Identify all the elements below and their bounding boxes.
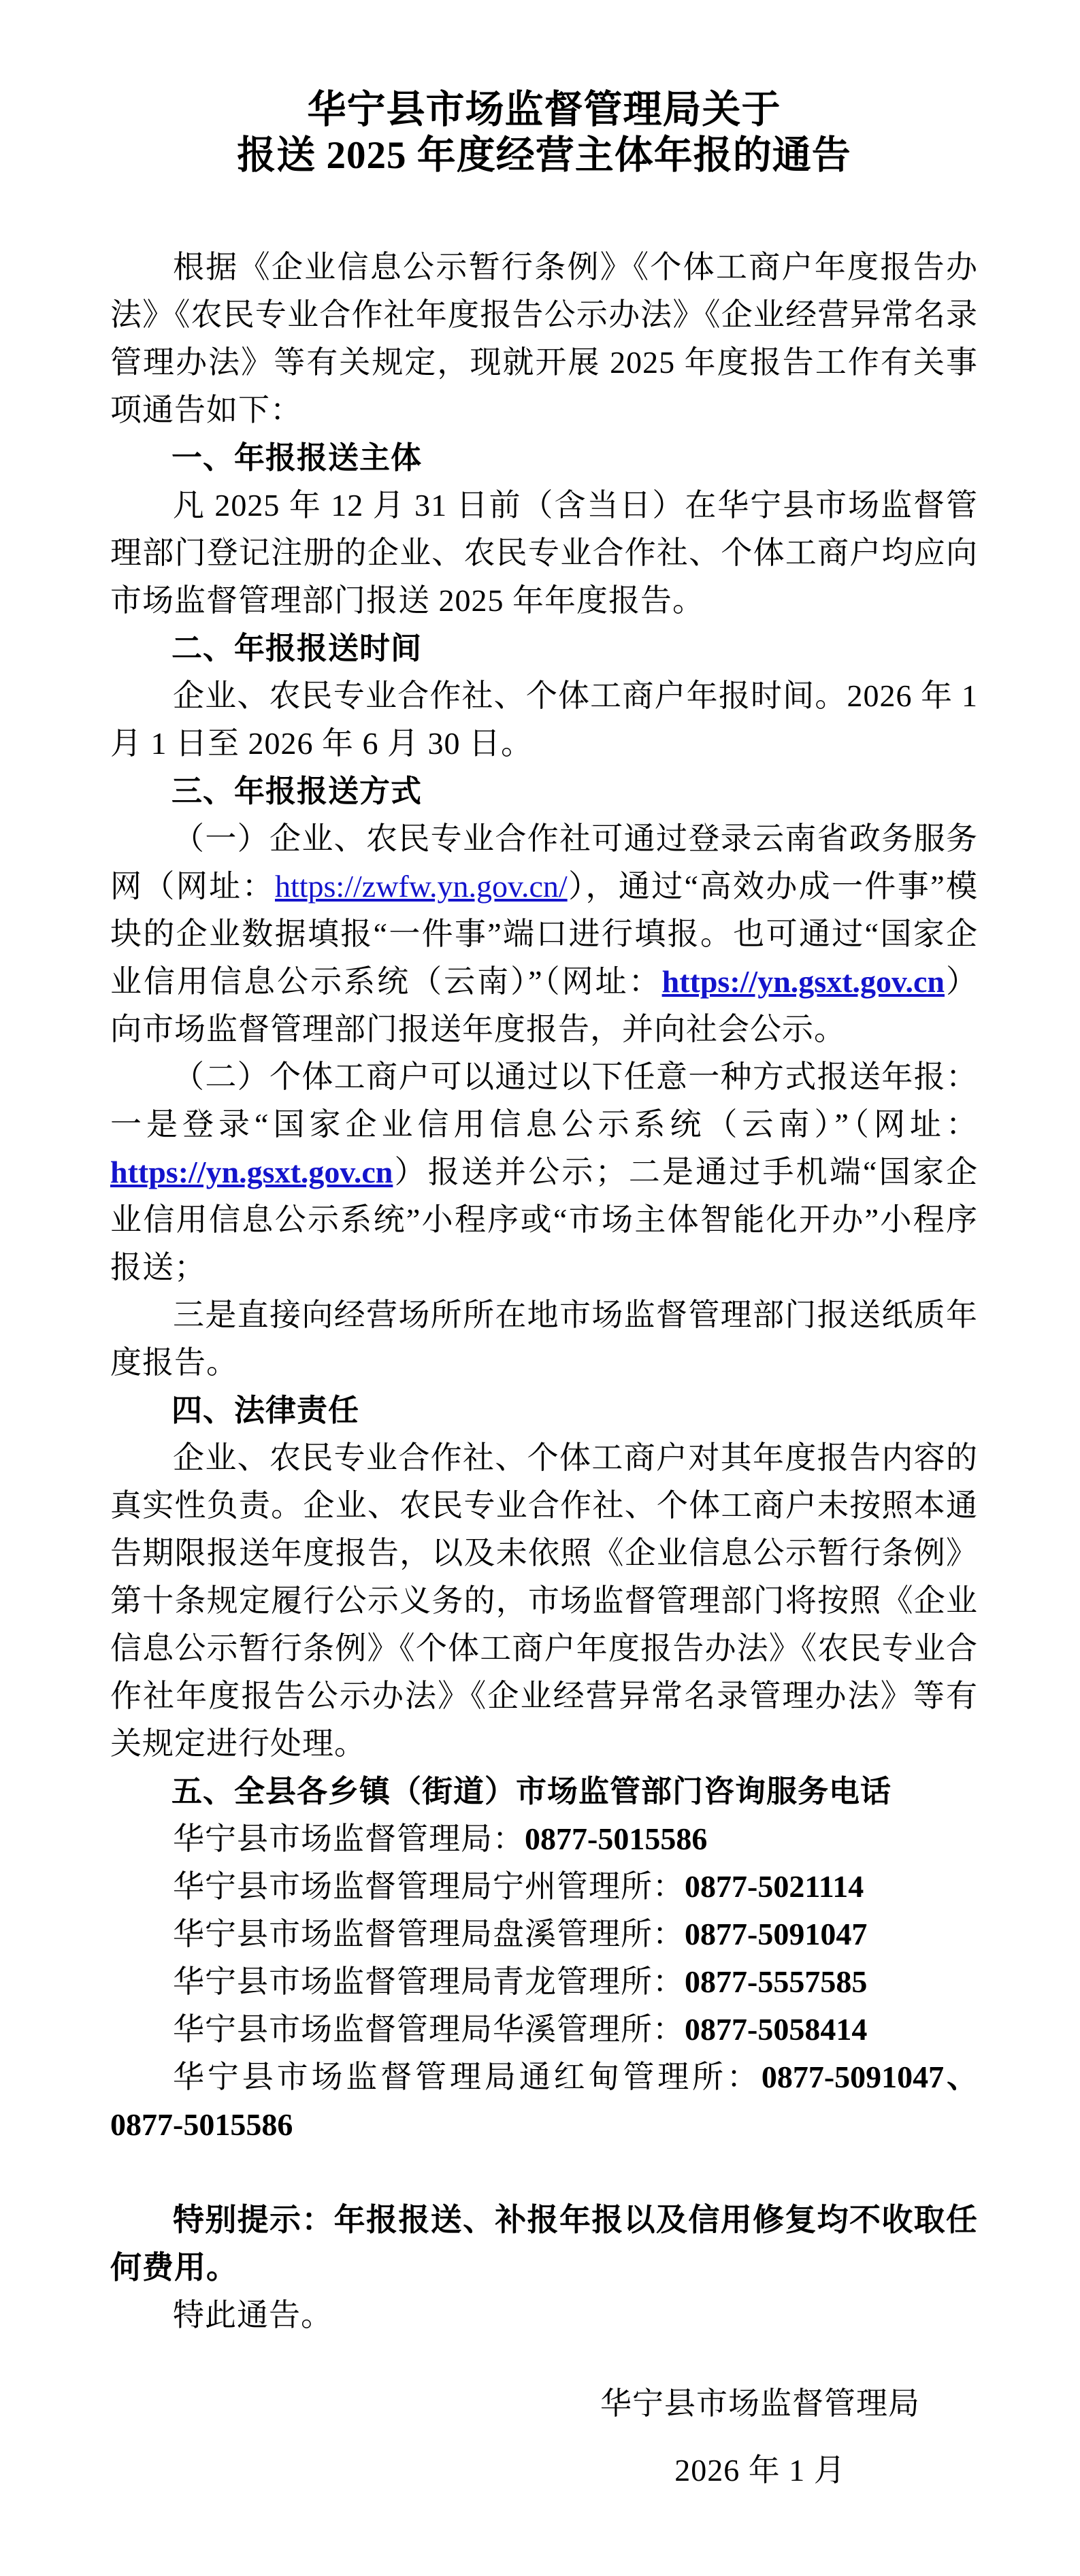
section-3-paragraph-2: （二）个体工商户可以通过以下任意一种方式报送年报：一是登录“国家企业信用信息公示…	[110, 1053, 978, 1291]
gsxt-yn-gov-link[interactable]: https://yn.gsxt.gov.cn	[110, 1155, 393, 1189]
section-3-paragraph-3: 三是直接向经营场所所在地市场监督管理部门报送纸质年度报告。	[110, 1291, 978, 1387]
phone-number: 0877-5091047	[685, 1917, 867, 1951]
special-note: 特别提示：年报报送、补报年报以及信用修复均不收取任何费用。	[110, 2196, 978, 2292]
phone-label: 华宁县市场监督管理局盘溪管理所：	[173, 1917, 685, 1951]
phone-label: 华宁县市场监督管理局宁州管理所：	[173, 1869, 685, 1904]
phone-line: 华宁县市场监督管理局：0877-5015586	[110, 1815, 978, 1863]
section-heading-4: 四、法律责任	[110, 1387, 978, 1434]
section-2-body: 企业、农民专业合作社、个体工商户年报时间。2026 年 1 月 1 日至 202…	[110, 672, 978, 767]
phone-number: 0877-5557585	[685, 1964, 867, 1999]
phone-number: 0877-5058414	[685, 2012, 867, 2047]
signature-date: 2026 年 1 月	[600, 2447, 920, 2494]
zwfw-yn-gov-link[interactable]: https://zwfw.yn.gov.cn/	[275, 869, 568, 904]
document-title: 华宁县市场监督管理局关于 报送 2025 年度经营主体年报的通告	[110, 87, 978, 178]
phone-number: 0877-5021114	[685, 1869, 864, 1904]
phone-label: 华宁县市场监督管理局：	[173, 1821, 525, 1856]
phone-label: 华宁县市场监督管理局青龙管理所：	[173, 1964, 685, 1999]
section-3-paragraph-1: （一）企业、农民专业合作社可通过登录云南省政务服务网（网址：https://zw…	[110, 815, 978, 1053]
title-line-1: 华宁县市场监督管理局关于	[110, 87, 978, 133]
phone-line: 华宁县市场监督管理局青龙管理所：0877-5557585	[110, 1958, 978, 2006]
intro-paragraph: 根据《企业信息公示暂行条例》《个体工商户年度报告办法》《农民专业合作社年度报告公…	[110, 244, 978, 434]
phone-line: 华宁县市场监督管理局通红甸管理所：0877-5091047、0877-50155…	[110, 2053, 978, 2149]
section-heading-5: 五、全县各乡镇（街道）市场监管部门咨询服务电话	[110, 1768, 978, 1815]
phone-label: 华宁县市场监督管理局华溪管理所：	[173, 2012, 685, 2047]
closing-line: 特此通告。	[110, 2292, 978, 2339]
gsxt-yn-gov-link[interactable]: https://yn.gsxt.gov.cn	[662, 964, 945, 999]
title-line-2: 报送 2025 年度经营主体年报的通告	[110, 133, 978, 178]
text-segment: （二）个体工商户可以通过以下任意一种方式报送年报：一是登录“国家企业信用信息公示…	[110, 1059, 978, 1142]
signature-organization: 华宁县市场监督管理局	[600, 2380, 920, 2428]
section-1-body: 凡 2025 年 12 月 31 日前（含当日）在华宁县市场监督管理部门登记注册…	[110, 482, 978, 625]
signature-block: 华宁县市场监督管理局 2026 年 1 月	[600, 2380, 920, 2494]
phone-number: 0877-5015586	[525, 1821, 707, 1856]
section-heading-3: 三、年报报送方式	[110, 767, 978, 815]
phone-line: 华宁县市场监督管理局盘溪管理所：0877-5091047	[110, 1911, 978, 1958]
notice-document: 华宁县市场监督管理局关于 报送 2025 年度经营主体年报的通告 根据《企业信息…	[0, 0, 1080, 2576]
section-4-body: 企业、农民专业合作社、个体工商户对其年度报告内容的真实性负责。企业、农民专业合作…	[110, 1434, 978, 1768]
phone-label: 华宁县市场监督管理局通红甸管理所：	[173, 2060, 762, 2094]
section-heading-2: 二、年报报送时间	[110, 625, 978, 672]
phone-line: 华宁县市场监督管理局华溪管理所：0877-5058414	[110, 2006, 978, 2053]
section-heading-1: 一、年报报送主体	[110, 434, 978, 482]
phone-line: 华宁县市场监督管理局宁州管理所：0877-5021114	[110, 1863, 978, 1911]
